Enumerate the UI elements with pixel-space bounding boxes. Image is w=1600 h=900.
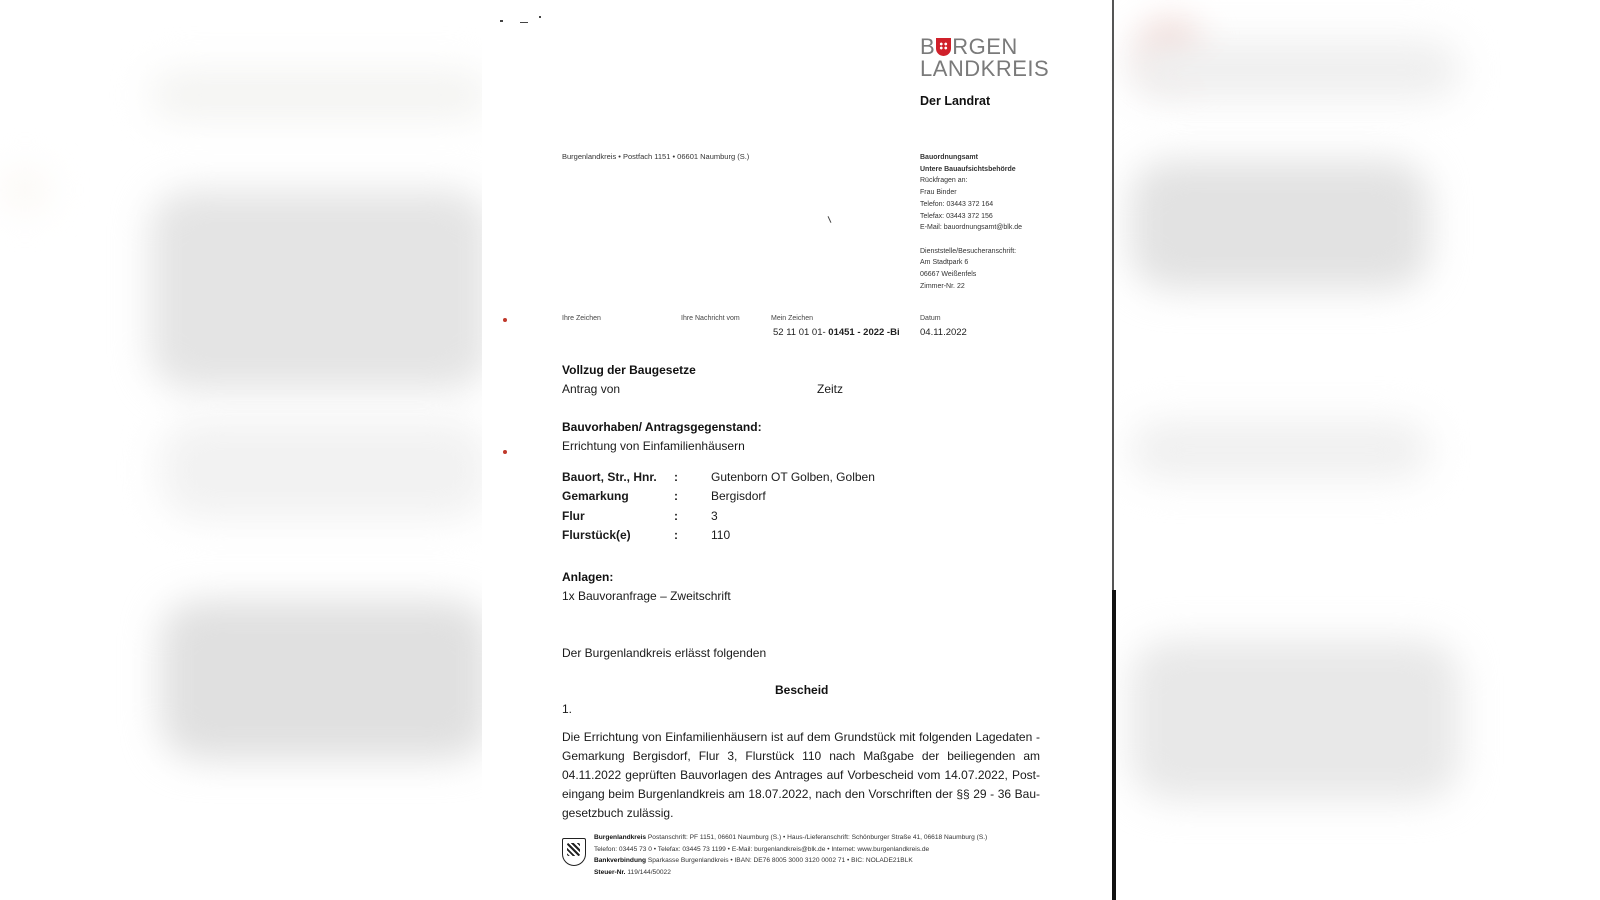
burgenlandkreis-logo: BRGEN LANDKREIS (920, 36, 1049, 80)
visitor-label: Dienststelle/Besucheranschrift: (920, 246, 1022, 258)
attachments-label: Anlagen: (562, 570, 613, 584)
table-row: Flur:3 (562, 509, 875, 528)
footer-bank: Sparkasse Burgenlandkreis • IBAN: DE76 8… (646, 857, 913, 864)
ihre-zeichen-label: Ihre Zeichen (562, 315, 601, 322)
email: E-Mail: bauordnungsamt@blk.de (920, 222, 1022, 234)
sender-line: Burgenlandkreis • Postfach 1151 • 06601 … (562, 152, 749, 161)
coat-of-arms-icon (562, 838, 586, 866)
property-key: Flur (562, 509, 674, 528)
antrag-place: Zeitz (817, 382, 843, 396)
property-key: Bauort, Str., Hnr. (562, 470, 674, 489)
authority: Untere Bauaufsichtsbehörde (920, 164, 1022, 176)
table-row: Gemarkung:Bergisdorf (562, 489, 875, 508)
table-row: Flurstück(e):110 (562, 528, 875, 547)
subject-title: Vollzug der Baugesetze (562, 363, 696, 377)
property-value: Bergisdorf (711, 489, 875, 508)
scan-speck (520, 22, 528, 23)
property-separator: : (674, 528, 711, 547)
footer-text: Burgenlandkreis Postanschrift: PF 1151, … (594, 832, 987, 878)
phone: Telefon: 03443 372 164 (920, 199, 1022, 211)
vorhaben-value: Errichtung von Einfamilienhäusern (562, 439, 745, 453)
vorhaben-label: Bauvorhaben/ Antragsgegenstand: (562, 420, 762, 434)
city: 06667 Weißenfels (920, 269, 1022, 281)
reference-number: 01451 - 2022 -Bi (828, 327, 899, 338)
footer-address: Postanschrift: PF 1151, 06601 Naumburg (… (646, 834, 987, 841)
property-value: 3 (711, 509, 875, 528)
contact-label: Rückfragen an: (920, 175, 1022, 187)
office-block: Bauordnungsamt Untere Bauaufsichtsbehörd… (920, 152, 1022, 292)
mein-zeichen-value: 52 11 01 01- 01451 - 2022 -Bi (773, 327, 900, 338)
datum-label: Datum (920, 315, 941, 322)
property-table: Bauort, Str., Hnr.:Gutenborn OT Golben, … (562, 470, 875, 547)
reference-prefix: 52 11 01 01- (773, 327, 828, 338)
mein-zeichen-label: Mein Zeichen (771, 315, 813, 322)
decision-title: Bescheid (775, 683, 828, 697)
footer-org: Burgenlandkreis (594, 834, 646, 841)
punch-mark (503, 450, 507, 454)
property-key: Gemarkung (562, 489, 674, 508)
property-value: Gutenborn OT Golben, Golben (711, 470, 875, 489)
decision-number: 1. (562, 702, 572, 716)
footer-tax-label: Steuer-Nr. (594, 869, 626, 876)
blurred-background-left (0, 0, 482, 900)
scan-speck (500, 20, 503, 22)
coat-of-arms-icon (936, 38, 951, 56)
street: Am Stadtpark 6 (920, 257, 1022, 269)
property-separator: : (674, 470, 711, 489)
contact-name: Frau Binder (920, 187, 1022, 199)
footer-contact: Telefon: 03445 73 0 • Telefax: 03445 73 … (594, 844, 987, 856)
property-separator: : (674, 489, 711, 508)
footer-bank-label: Bankverbindung (594, 857, 646, 864)
table-row: Bauort, Str., Hnr.:Gutenborn OT Golben, … (562, 470, 875, 489)
scan-speck (539, 16, 541, 18)
antrag-label: Antrag von (562, 382, 620, 396)
ihre-nachricht-label: Ihre Nachricht vom (681, 315, 740, 322)
landrat-heading: Der Landrat (920, 94, 990, 108)
punch-mark (503, 318, 507, 322)
property-value: 110 (711, 528, 875, 547)
attachment-item: 1x Bauvoranfrage – Zweitschrift (562, 589, 731, 603)
decision-intro: Der Burgenlandkreis erlässt folgenden (562, 646, 766, 660)
blurred-background-right (1110, 0, 1600, 900)
fax: Telefax: 03443 372 156 (920, 211, 1022, 223)
logo-text: LANDKREIS (920, 58, 1049, 80)
page-edge-shadow (1112, 0, 1114, 900)
decision-text: Die Errichtung von Einfamilienhäusern is… (562, 728, 1040, 823)
property-key: Flurstück(e) (562, 528, 674, 547)
room: Zimmer-Nr. 22 (920, 281, 1022, 293)
datum-value: 04.11.2022 (920, 327, 967, 338)
department: Bauordnungsamt (920, 152, 1022, 164)
property-separator: : (674, 509, 711, 528)
footer-tax: 119/144/50022 (626, 869, 671, 876)
